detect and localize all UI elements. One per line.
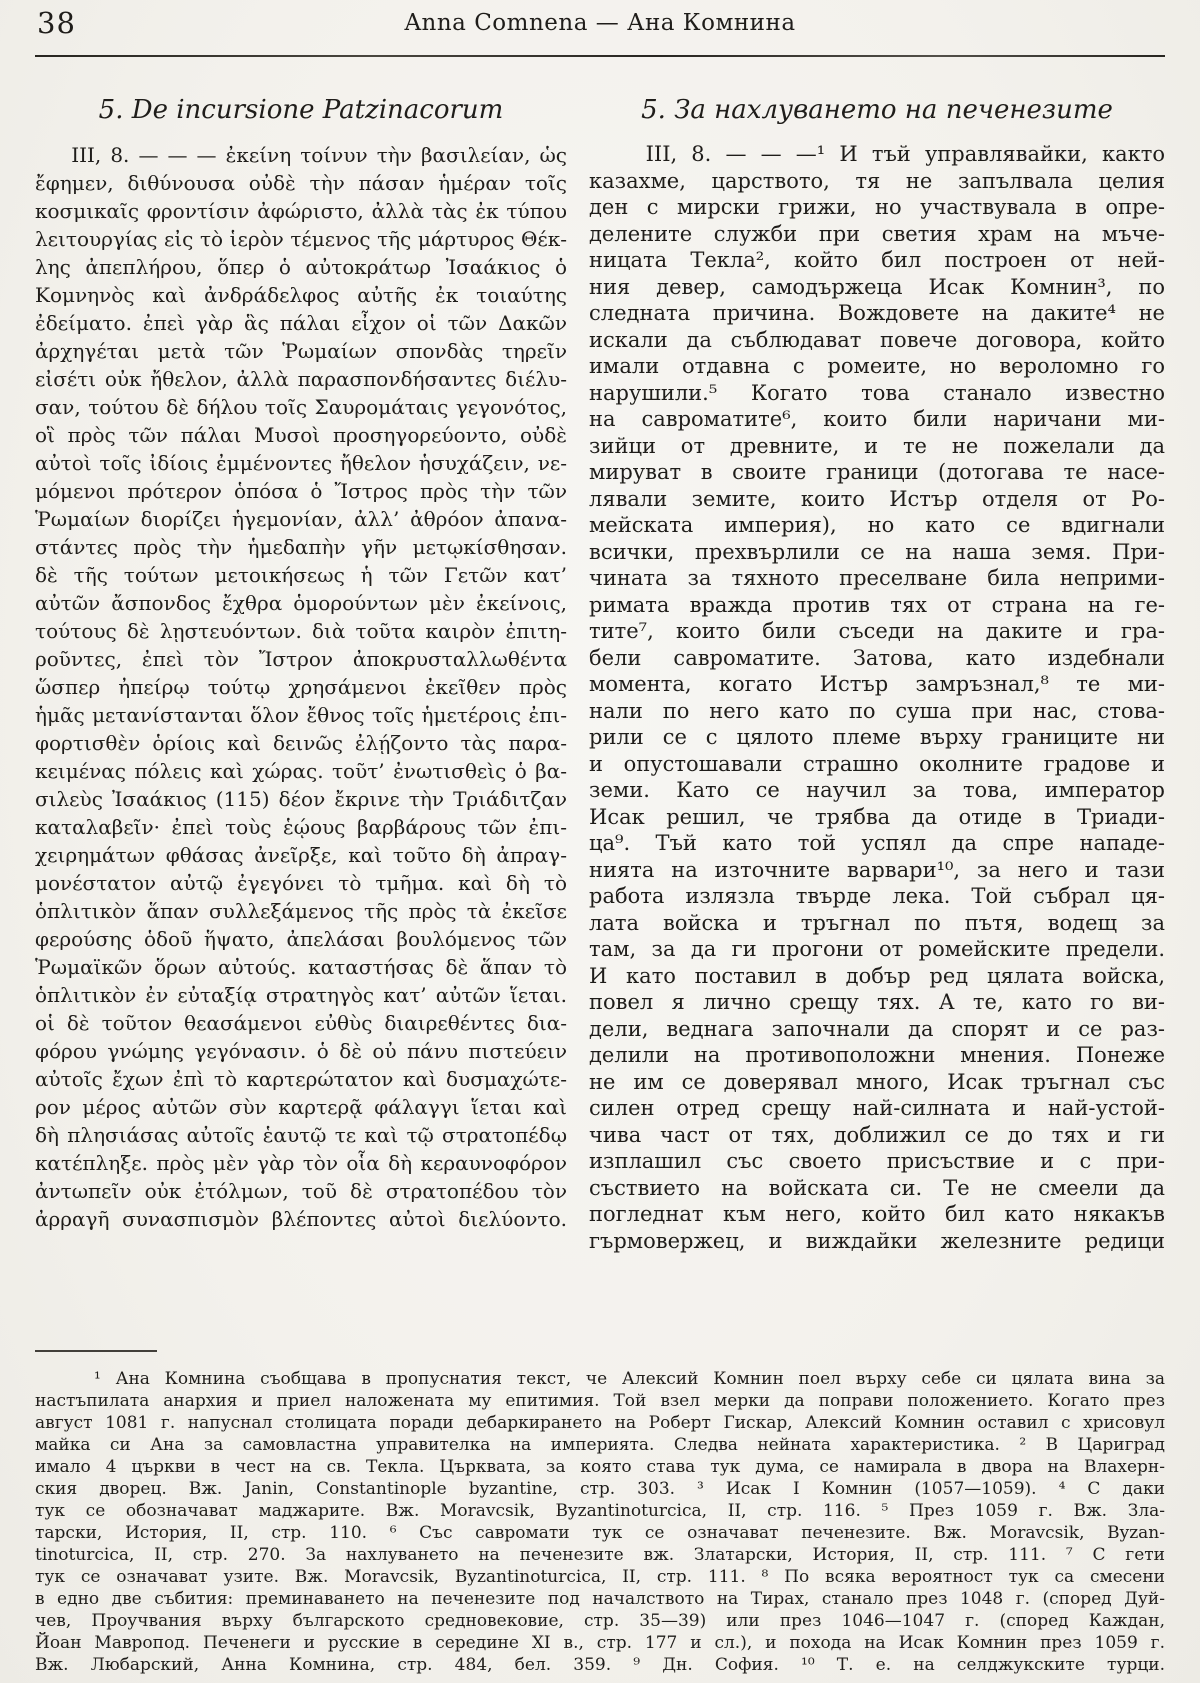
text-line: имало 4 църкви в чест на св. Текла. Църк… — [35, 1456, 1165, 1478]
greek-section-heading: 5. De incursione Patzinacorum — [35, 95, 567, 125]
text-line: момента, когато Истър замръзнал,⁸ те ми- — [589, 671, 1165, 698]
text-line: tinoturcica, II, стр. 270. За нахлуванет… — [35, 1544, 1165, 1566]
text-line: ден с мирски грижи, но участвувала в опр… — [589, 194, 1165, 221]
text-line: ¹ Ана Комнина съобщава в пропуснатия тек… — [35, 1368, 1165, 1390]
text-line: σαν, τούτου δὲ δήλου τοῖς Σαυρομάταις γε… — [35, 393, 567, 421]
text-line: ския дворец. Вж. Janin, Constantinople b… — [35, 1478, 1165, 1500]
text-line: ὥσπερ ἠπείρῳ τούτῳ χρησάμενοι ἐκεῖθεν πρ… — [35, 673, 567, 701]
text-columns: 5. De incursione Patzinacorum III, 8. — … — [35, 95, 1165, 1254]
footnotes-block: ¹ Ана Комнина съобщава в пропуснатия тек… — [35, 1368, 1165, 1676]
text-line: ца⁹. Тъй като той успял да спре нападе- — [589, 830, 1165, 857]
text-line: μονέστατον αὐτῷ ἐγεγόνει τὸ τμῆμα. καὶ δ… — [35, 869, 567, 897]
text-line: земи. Като се научил за това, император — [589, 777, 1165, 804]
text-line: ἀρχηγέται μετὰ τῶν Ῥωμαίων σπονδὰς τηρεῖ… — [35, 337, 567, 365]
text-line: бели савроматите. Затова, като издебнали — [589, 645, 1165, 672]
text-line: настъпилата анархия и приел наложената м… — [35, 1390, 1165, 1412]
text-line: силен отред срещу най-силната и най-усто… — [589, 1095, 1165, 1122]
text-line: лявали земите, които Истър отделя от Ро- — [589, 486, 1165, 513]
text-line: τούτους δὲ λῃστευόντων. διὰ τοῦτα καιρὸν… — [35, 617, 567, 645]
text-line: μόμενοι πρότερον ὁπόσα ὁ Ἴστρος πρὸς τὴν… — [35, 477, 567, 505]
text-line: οἱ δὲ τοῦτον θεασάμενοι εὐθὺς διαιρεθέντ… — [35, 1009, 567, 1037]
text-line: майка си Ана за самовластна управителка … — [35, 1434, 1165, 1456]
text-line: погледнат към него, който бил като някак… — [589, 1201, 1165, 1228]
text-line: нарушили.⁵ Когато това станало известно — [589, 380, 1165, 407]
text-line: там, за да ги прогони от ромейските пред… — [589, 936, 1165, 963]
text-line: αὐτοὶ τοῖς ἰδίοις ἐμμένοντες ἤθελον ἡσυχ… — [35, 449, 567, 477]
bulgarian-column: 5. За нахлуването на печенезите III, 8. … — [589, 95, 1165, 1254]
text-line: κατέπληξε. πρὸς μὲν γὰρ τὸν οἷα δὴ κεραυ… — [35, 1149, 567, 1177]
running-head: 38 Anna Comnena — Ана Комнина — [35, 0, 1165, 52]
text-line: ἡμᾶς μετανίστανται ὅλον ἔθνος τοῖς ἡμετέ… — [35, 701, 567, 729]
text-line: тук се означават узите. Вж. Moravcsik, B… — [35, 1566, 1165, 1588]
text-line: οἳ πρὸς τῶν πάλαι Μυσοὶ προσηγορεύοντο, … — [35, 421, 567, 449]
text-line: ния девер, самодържеца Исак Комнин³, по — [589, 274, 1165, 301]
text-line: имали отдавна с ромеите, но вероломно го — [589, 353, 1165, 380]
text-line: повел я лично срещу тях. А те, като го в… — [589, 989, 1165, 1016]
text-line: δὴ πλησιάσας αὐτοῖς ἑαυτῷ τε καὶ τῷ στρα… — [35, 1121, 567, 1149]
running-title: Anna Comnena — Ана Комнина — [35, 10, 1165, 36]
text-line: тите⁷, които били съседи на даките и гра… — [589, 618, 1165, 645]
text-line: тарски, История, II, стр. 110. ⁶ Със сав… — [35, 1522, 1165, 1544]
text-line: χειρημάτων φθάσας ἀνεῖρξε, καὶ τοῦτο δὴ … — [35, 841, 567, 869]
text-line: нията на източните варвари¹⁰, за него и … — [589, 857, 1165, 884]
text-line: гърмовержец, и виждайки железните редици — [589, 1228, 1165, 1255]
text-line: Κομνηνὸς καὶ ἀνδράδελφος αὐτῆς ἐκ τοιαύτ… — [35, 281, 567, 309]
text-line: ὁπλιτικὸν ἐν εὐταξίᾳ στρατηγὸς κατ’ αὐτῶ… — [35, 981, 567, 1009]
text-line: тук се обозначават маджарите. Вж. Moravc… — [35, 1500, 1165, 1522]
text-line: φόρου γνώμης γεγόνασιν. ὁ δὲ οὐ πάνυ πισ… — [35, 1037, 567, 1065]
text-line: на савроматите⁶, които били наричани ми- — [589, 406, 1165, 433]
text-line: εἰσέτι οὐκ ἤθελον, ἀλλὰ παρασπονδήσαντες… — [35, 365, 567, 393]
text-line: ἐδείματο. ἐπεὶ γὰρ ἃς πάλαι εἶχον οἱ τῶν… — [35, 309, 567, 337]
text-line: казахме, царството, тя не запълвала цели… — [589, 168, 1165, 195]
text-line: κειμένας πόλεις καὶ χώρας. τοῦτ’ ἐνωτισθ… — [35, 757, 567, 785]
text-line: στάντες πρὸς τὴν ἡμεδαπὴν γῆν μετῳκίσθησ… — [35, 533, 567, 561]
text-line: Исак решил, че трябва да отиде в Триади- — [589, 804, 1165, 831]
text-line: Ῥωμαϊκῶν ὅρων αὐτούς. καταστήσας δὲ ἅπαν… — [35, 953, 567, 981]
text-line: Ῥωμαίων διορίζει ἡγεμονίαν, ἀλλ’ ἀθρόον … — [35, 505, 567, 533]
text-line: ρον μέρος αὐτῶν σὺν καρτερᾷ φάλαγγι ἵετα… — [35, 1093, 567, 1121]
text-line: и опустошавали страшно околните градове … — [589, 751, 1165, 778]
text-line: всички, прехвърлили се на наша земя. При… — [589, 539, 1165, 566]
text-line: δὲ τῆς τούτων μετοικήσεως ἡ τῶν Γετῶν κα… — [35, 561, 567, 589]
text-line: чива част от тях, доближил се до тях и г… — [589, 1122, 1165, 1149]
text-line: Вж. Любарский, Анна Комнина, стр. 484, б… — [35, 1654, 1165, 1676]
footnote-separator-rule — [35, 1350, 157, 1352]
text-line: λειτουργίας εἰς τὸ ἱερὸν τέμενος τῆς μάρ… — [35, 225, 567, 253]
text-line: мейската империя), но като се вдигнали — [589, 512, 1165, 539]
text-line: мируват в своите граници (дотогава те на… — [589, 459, 1165, 486]
text-line: κοσμικαῖς φροντίσιν ἀφώριστο, ἀλλὰ τὰς ἐ… — [35, 197, 567, 225]
header-rule — [35, 55, 1165, 57]
page-number: 38 — [37, 6, 76, 40]
text-line: изплашил със своето присъствие и с при- — [589, 1148, 1165, 1175]
text-line: дели, веднага започнали да спорят и се р… — [589, 1016, 1165, 1043]
text-line: в едно две събития: преминаването на печ… — [35, 1588, 1165, 1610]
text-line: ἀρραγῆ συνασπισμὸν βλέποντες αὐτοὶ διελύ… — [35, 1205, 567, 1233]
bulgarian-text-block: III, 8. — — —¹ И тъй управлявайки, както… — [589, 141, 1165, 1254]
greek-column: 5. De incursione Patzinacorum III, 8. — … — [35, 95, 567, 1254]
text-line: делили на противоположни мнения. Понеже — [589, 1042, 1165, 1069]
text-line: римата вражда против тях от страна на ге… — [589, 592, 1165, 619]
text-line: чината за тяхното преселване била неприм… — [589, 565, 1165, 592]
greek-text-block: III, 8. — — — ἐκείνη τοίνυν τὴν βασιλεία… — [35, 141, 567, 1233]
text-line: ὁπλιτικὸν ἅπαν συλλεξάμενος τῆς πρὸς τὰ … — [35, 897, 567, 925]
text-line: нали по него като по суша при нас, стова… — [589, 698, 1165, 725]
text-line: работа излязла твърде лека. Той събрал ц… — [589, 883, 1165, 910]
text-line: φερούσης ὁδοῦ ἥψατο, ἀπελάσαι βουλόμενος… — [35, 925, 567, 953]
text-line: чев, Проучвания върху българското средно… — [35, 1610, 1165, 1632]
text-line: αὐτοῖς ἔχων ἐπὶ τὸ καρτερώτατον καὶ δυσμ… — [35, 1065, 567, 1093]
text-line: рили се с цялото племе върху границите н… — [589, 724, 1165, 751]
text-line: следната причина. Вождовете на даките⁴ н… — [589, 300, 1165, 327]
text-line: Йоан Мавропод. Печенеги и русские в сере… — [35, 1632, 1165, 1654]
text-line: III, 8. — — —¹ И тъй управлявайки, както — [589, 141, 1165, 168]
text-line: αὐτῶν ἄσπονδος ἔχθρα ὁμορούντων μὲν ἐκεί… — [35, 589, 567, 617]
text-line: καταλαβεῖν· ἐπεὶ τοὺς ἑῴους βαρβάρους τῶ… — [35, 813, 567, 841]
text-line: σιλεὺς Ἰσαάκιος (115) δέον ἔκρινε τὴν Τρ… — [35, 785, 567, 813]
text-line: август 1081 г. напуснал столицата поради… — [35, 1412, 1165, 1434]
text-line: ἔφημεν, διθύνουσα οὐδὲ τὴν πάσαν ἡμέραν … — [35, 169, 567, 197]
text-line: делените служби при светия храм на мъче- — [589, 221, 1165, 248]
text-line: съствието на войската си. Те не смеели д… — [589, 1175, 1165, 1202]
text-line: φορτισθὲν ὁρίοις καὶ δεινῶς ἐλῄζοντο τὰς… — [35, 729, 567, 757]
text-line: зийци от древните, и те не пожелали да — [589, 433, 1165, 460]
bulgarian-section-heading: 5. За нахлуването на печенезите — [589, 95, 1165, 125]
text-line: искали да съблюдават повече договора, ко… — [589, 327, 1165, 354]
text-line: ροῦντες, ἐπεὶ τὸν Ἴστρον ἀποκρυσταλλωθέν… — [35, 645, 567, 673]
text-line: III, 8. — — — ἐκείνη τοίνυν τὴν βασιλεία… — [35, 141, 567, 169]
text-line: ницата Текла², който бил построен от ней… — [589, 247, 1165, 274]
text-line: И като поставил в добър ред цялата войск… — [589, 963, 1165, 990]
text-line: не им се доверявал много, Исак тръгнал с… — [589, 1069, 1165, 1096]
book-page: 38 Anna Comnena — Ана Комнина 5. De incu… — [0, 0, 1200, 1683]
text-line: λης ἀπεπλήρου, ὅπερ ὁ αὐτοκράτωρ Ἰσαάκιο… — [35, 253, 567, 281]
text-line: лата войска и тръгнал по пътя, водещ за — [589, 910, 1165, 937]
text-line: ἀντωπεῖν οὐκ ἐτόλμων, τοῦ δὲ στρατοπέδου… — [35, 1177, 567, 1205]
